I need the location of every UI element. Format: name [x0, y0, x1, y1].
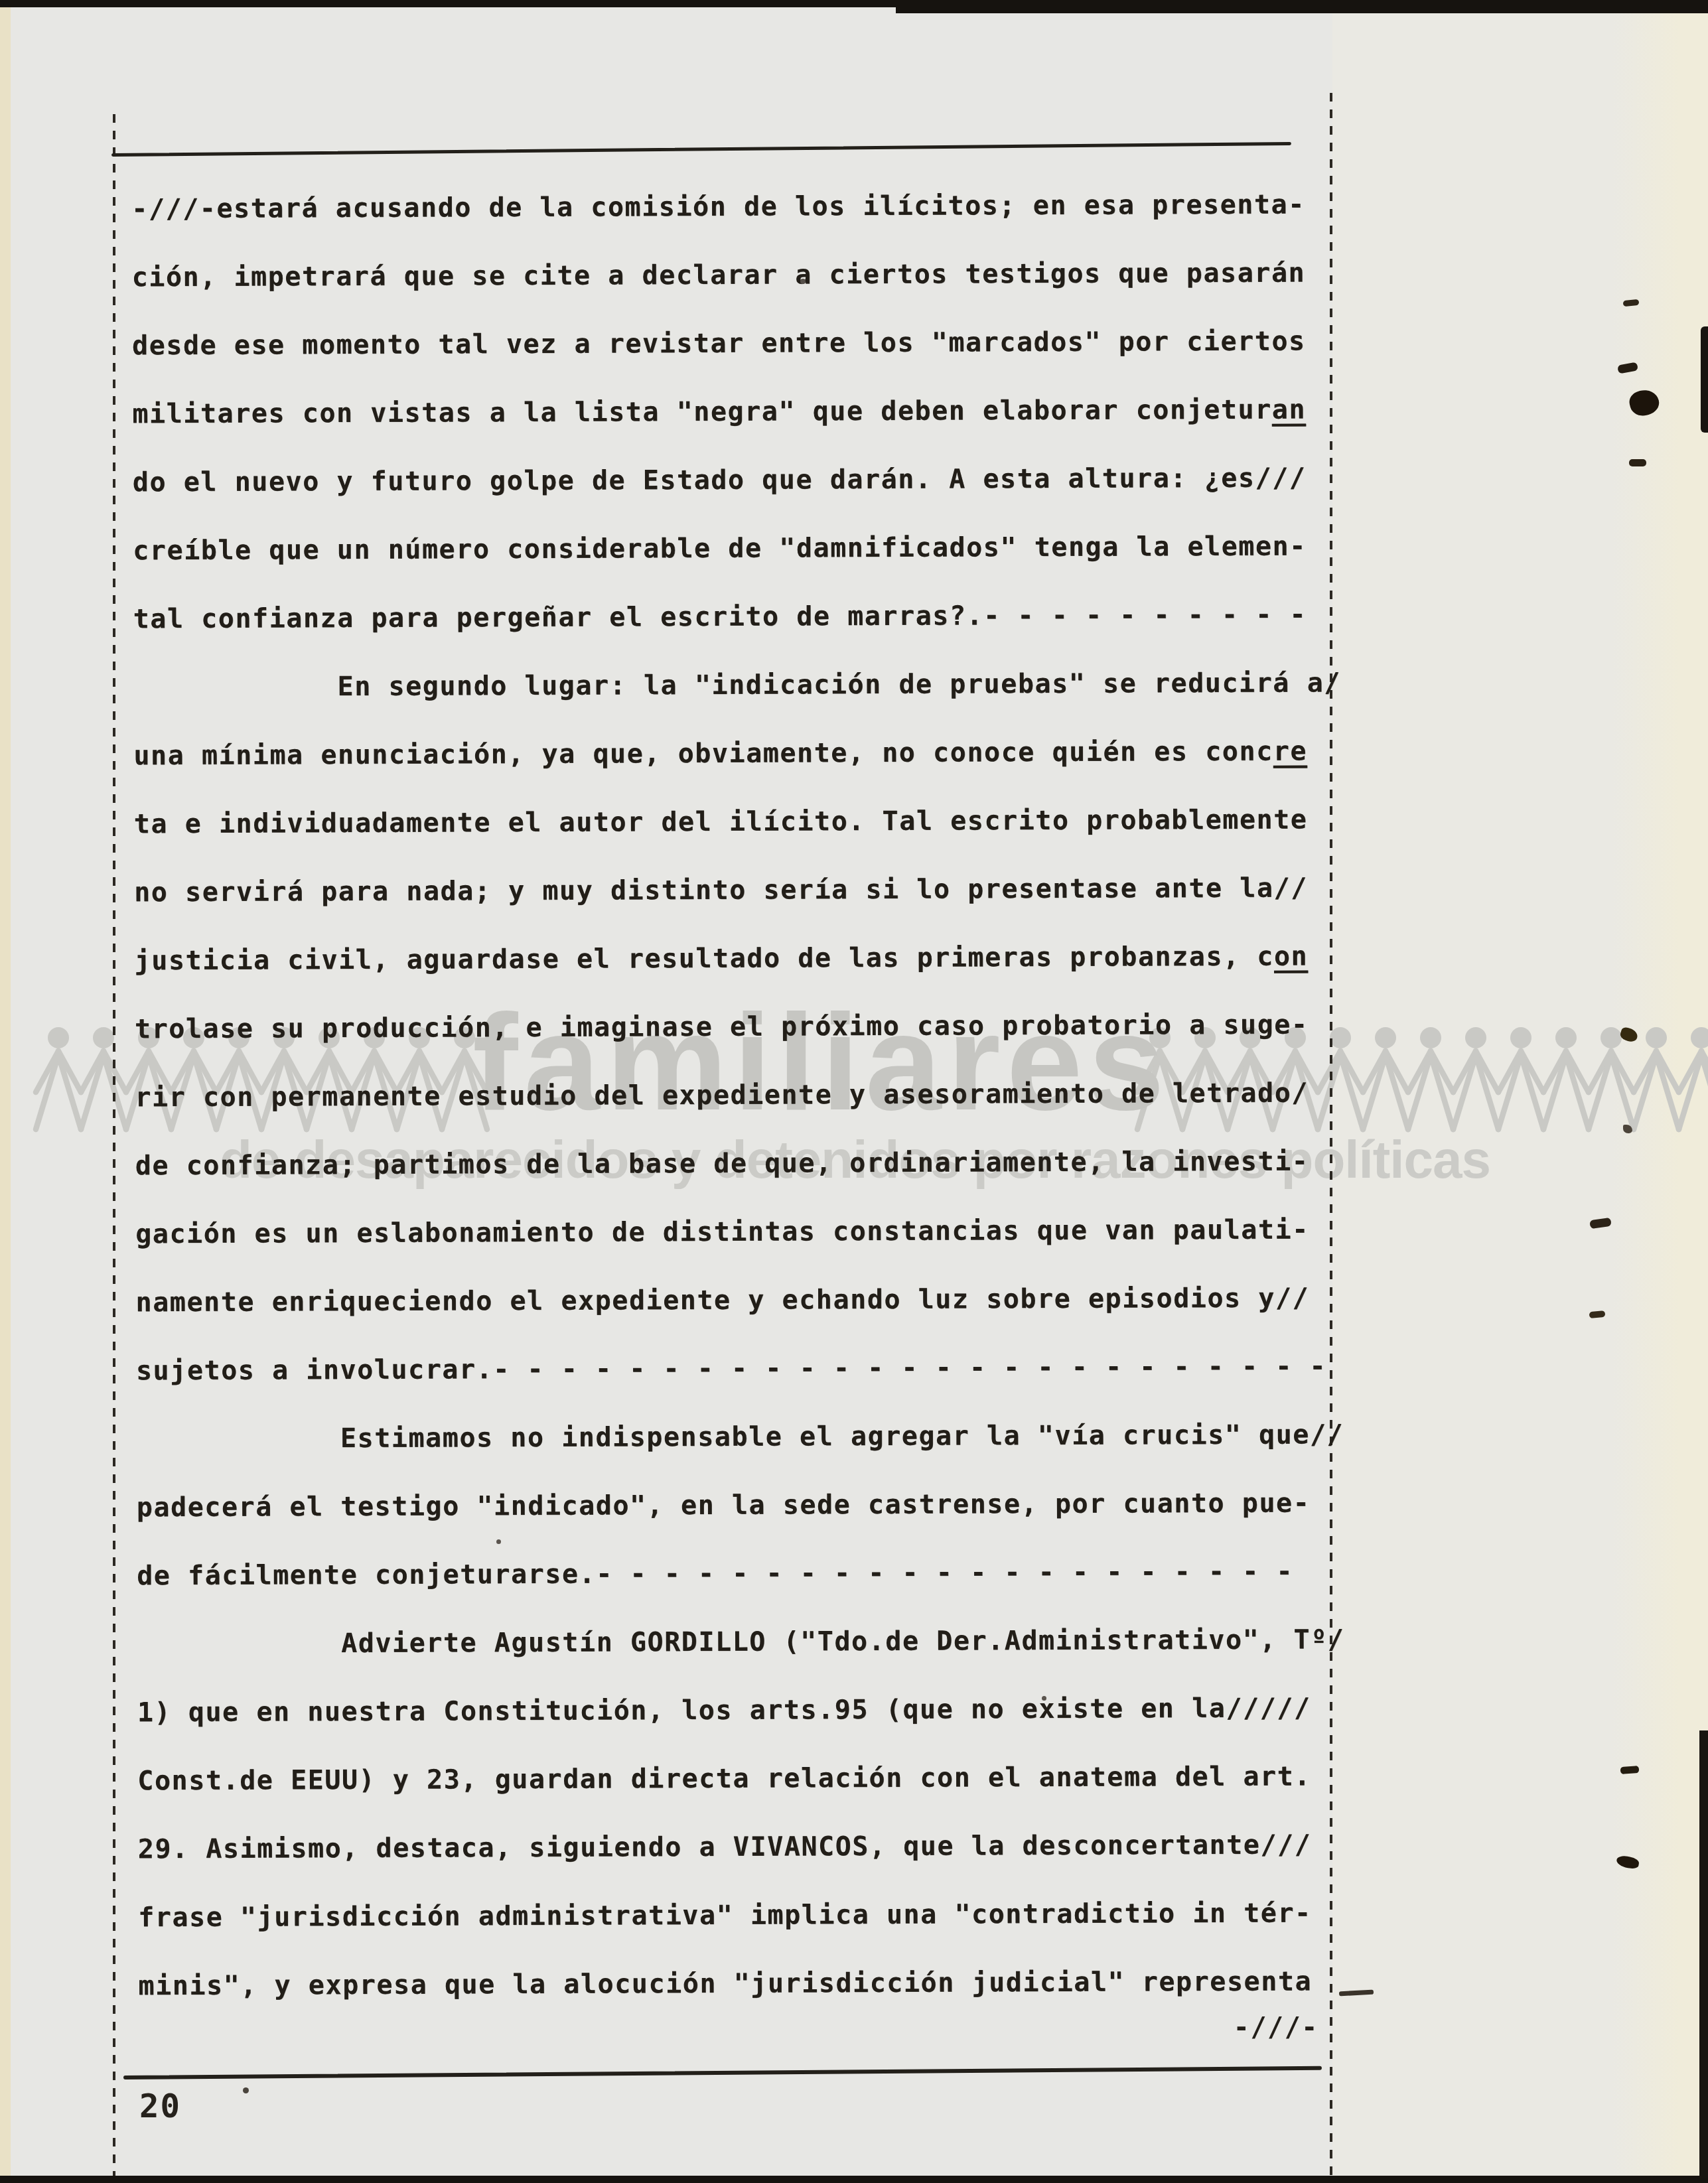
text-line: una mínima enunciación, ya que, obviamen…: [133, 735, 1307, 772]
text-line: 29. Asimismo, destaca, siguiendo a VIVAN…: [138, 1829, 1312, 1865]
text-line: do el nuevo y futuro golpe de Estado que…: [133, 462, 1307, 498]
text-line: minis", y expresa que la alocución "juri…: [138, 1965, 1312, 2002]
continuation-mark: -///-: [131, 2012, 1318, 2044]
text-line: Estimamos no indispensable el agregar la…: [136, 1419, 1344, 1455]
text-line: trolase su producción, e imaginase el pr…: [135, 1009, 1309, 1045]
typed-text-block: -///-estará acusando de la comisión de l…: [0, 0, 1708, 2183]
scan-top-edge-right: [896, 0, 1708, 13]
text-line: rir con permanente estudio del expedient…: [135, 1077, 1309, 1113]
text-line: Advierte Agustín GORDILLO ("Tdo.de Der.A…: [137, 1624, 1344, 1660]
ink-speck: [1620, 1766, 1640, 1774]
text-line: namente enriqueciendo el expediente y ec…: [135, 1282, 1309, 1318]
text-line: frase "jurisdicción administrativa" impl…: [138, 1897, 1312, 1934]
ink-speck: [1623, 1125, 1632, 1133]
text-line: de fácilmente conjeturarse.- - - - - - -…: [137, 1556, 1293, 1592]
text-line: 1) que en nuestra Constitución, los arts…: [137, 1692, 1311, 1728]
ink-speck: [496, 1539, 501, 1544]
text-line: de confianza; partimos de la base de que…: [135, 1145, 1309, 1182]
text-line: padecerá el testigo "indicado", en la se…: [137, 1487, 1311, 1523]
text-line: ta e individuadamente el autor del ilíci…: [134, 804, 1308, 840]
scan-right-edge: [1701, 326, 1708, 433]
text-line: En segundo lugar: la "indicación de prue…: [133, 667, 1341, 703]
page-number: 20: [139, 2090, 181, 2123]
ink-speck: [800, 279, 806, 284]
text-line: ción, impetrará que se cite a declarar a…: [132, 257, 1306, 293]
ink-speck: [243, 2087, 249, 2093]
text-line: desde ese momento tal vez a revistar ent…: [132, 325, 1306, 362]
text-line: gación es un eslabonamiento de distintas…: [135, 1214, 1309, 1250]
text-line: no servirá para nada; y muy distinto ser…: [134, 872, 1308, 908]
text-line: -///-estará acusando de la comisión de l…: [131, 188, 1305, 225]
scanned-document-page: familiares de desaparecidos y detenidos …: [0, 0, 1708, 2183]
text-line: justicia civil, aguardase el resultado d…: [134, 940, 1308, 977]
text-line: militares con vistas a la lista "negra" …: [132, 393, 1306, 430]
scan-bottom-edge: [0, 2176, 1708, 2183]
text-line: sujetos a involucrar.- - - - - - - - - -…: [136, 1350, 1326, 1387]
text-line: creíble que un número considerable de "d…: [133, 530, 1307, 567]
ink-speck: [1629, 459, 1646, 466]
scan-right-edge: [1699, 1730, 1708, 2178]
text-line: tal confianza para pergeñar el escrito d…: [133, 599, 1307, 635]
text-line: Const.de EEUU) y 23, guardan directa rel…: [137, 1760, 1311, 1797]
ink-speck: [1042, 1696, 1046, 1701]
